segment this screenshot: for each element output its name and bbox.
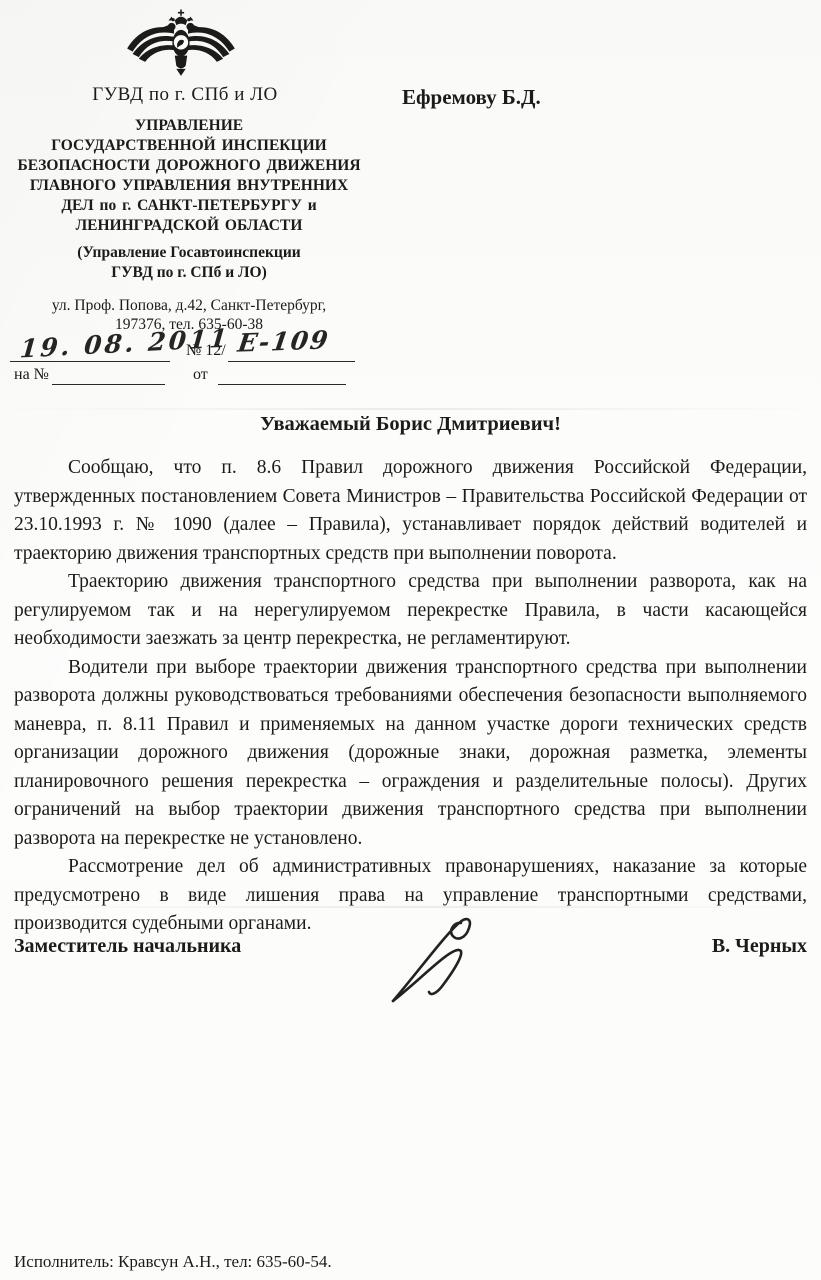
body-paragraph: Водители при выборе траектории движения … [14,654,807,854]
org-name-line: ГЛАВНОГО УПРАВЛЕНИЯ ВНУТРЕННИХ [0,176,378,196]
scanned-letter-page: ГУВД по г. СПб и ЛО УПРАВЛЕНИЕ ГОСУДАРСТ… [0,0,821,1280]
org-alt-name-line: ГУВД по г. СПб и ЛО) [0,263,378,283]
org-address-line: ул. Проф. Попова, д.42, Санкт-Петербург, [0,296,378,315]
scan-crease [0,408,821,410]
org-name-line: УПРАВЛЕНИЕ [0,116,378,136]
reference-row: на № от [0,366,385,390]
org-alt-name-block: (Управление Госавтоинспекции ГУВД по г. … [0,243,378,283]
body-paragraph: Сообщаю, что п. 8.6 Правил дорожного дви… [14,454,807,568]
signature-block: Заместитель начальника В. Черных [14,935,807,965]
org-alt-name-line: (Управление Госавтоинспекции [0,243,378,263]
org-short-name: ГУВД по г. СПб и ЛО [0,84,370,106]
salutation-line: Уважаемый Борис Дмитриевич! [0,413,821,436]
org-name-line: ГОСУДАРСТВЕННОЙ ИНСПЕКЦИИ [0,136,378,156]
handwritten-signature [379,907,489,1007]
body-paragraph: Траекторию движения транспортного средст… [14,568,807,654]
date-underline [10,361,170,362]
executor-footer: Исполнитель: Кравсун А.Н., тел: 635-60-5… [14,1252,332,1272]
number-underline [228,361,355,362]
org-name-line: ЛЕНИНГРАДСКОЙ ОБЛАСТИ [0,216,378,236]
reply-date-underline [218,384,346,385]
org-name-line: БЕЗОПАСНОСТИ ДОРОЖНОГО ДВИЖЕНИЯ [0,156,378,176]
addressee-name: Ефремову Б.Д. [402,85,541,110]
reply-number-underline [52,384,165,385]
org-name-line: ДЕЛ по г. САНКТ-ПЕТЕРБУРГУ и [0,196,378,216]
reply-to-number-label: на № [14,366,49,384]
reply-from-date-label: от [193,366,208,384]
outgoing-number-row: 19. 08. 2011 № 12/ Е-109 [0,331,385,367]
handwritten-number: Е-109 [236,325,332,357]
mvd-eagle-emblem [122,8,240,86]
signer-title: Заместитель начальника [14,935,241,958]
org-name-block: УПРАВЛЕНИЕ ГОСУДАРСТВЕННОЙ ИНСПЕКЦИИ БЕЗ… [0,116,378,236]
outgoing-number-label: № 12/ [186,342,226,360]
signer-name: В. Черных [712,935,807,958]
letter-body: Сообщаю, что п. 8.6 Правил дорожного дви… [14,454,807,939]
